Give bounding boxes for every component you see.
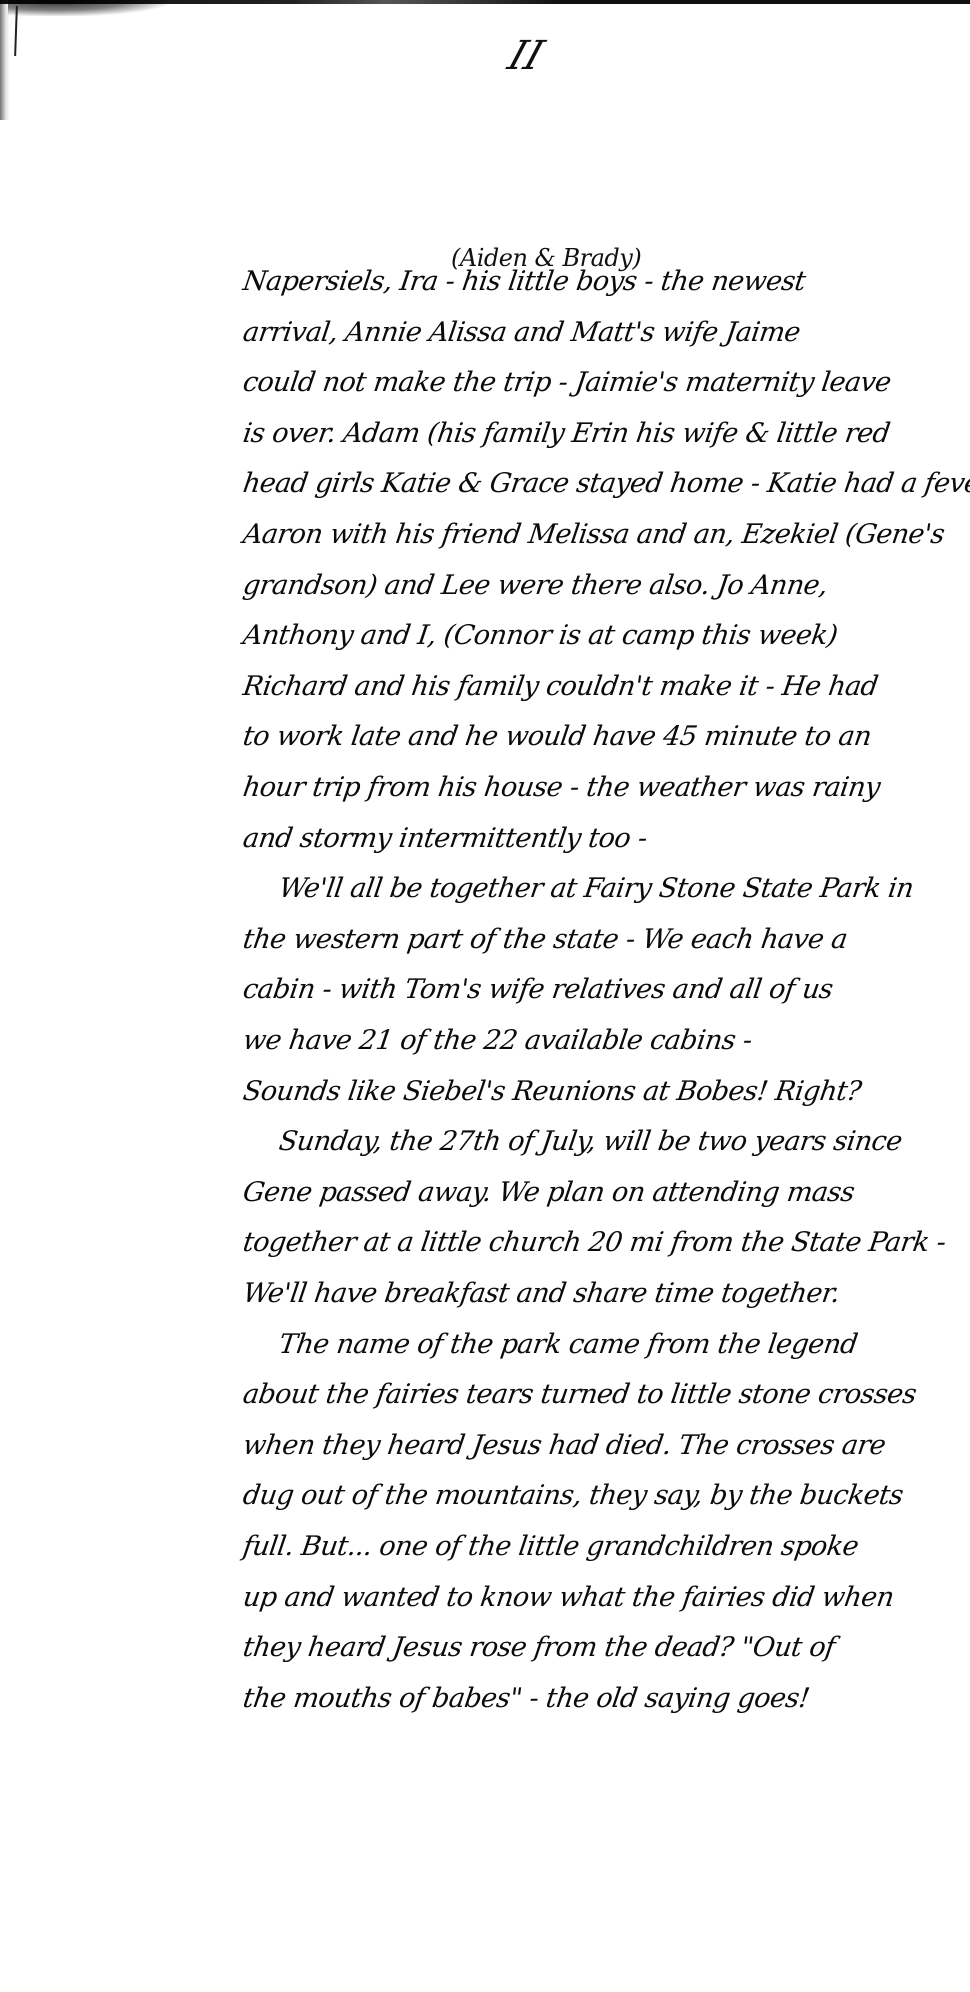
letter-line: and stormy intermittently too - — [241, 823, 649, 854]
scan-left-edge — [0, 0, 10, 120]
letter-line: the western part of the state - We each … — [241, 924, 849, 955]
letter-line: they heard Jesus rose from the dead? "Ou… — [241, 1632, 837, 1663]
letter-line: we have 21 of the 22 available cabins - — [241, 1025, 754, 1056]
letter-line: could not make the trip - Jaimie's mater… — [241, 367, 893, 398]
letter-line: Anthony and I, (Connor is at camp this w… — [241, 620, 839, 651]
page-number: II — [504, 36, 549, 76]
letter-line: cabin - with Tom's wife relatives and al… — [241, 974, 835, 1005]
letter-line: Napersiels, Ira - his little boys - the … — [241, 266, 807, 297]
letter-line: is over. Adam (his family Erin his wife … — [241, 418, 892, 449]
letter-line: Sounds like Siebel's Reunions at Bobes! … — [241, 1076, 863, 1107]
letter-line: Sunday, the 27th of July, will be two ye… — [277, 1126, 904, 1157]
letter-line: We'll have breakfast and share time toge… — [241, 1278, 841, 1309]
letter-line: hour trip from his house - the weather w… — [241, 772, 882, 803]
scan-left-line — [14, 6, 18, 56]
letter-line: We'll all be together at Fairy Stone Sta… — [277, 873, 915, 904]
letter-line: about the fairies tears turned to little… — [241, 1379, 918, 1410]
letter-line: Richard and his family couldn't make it … — [241, 671, 880, 702]
letter-line: Gene passed away. We plan on attending m… — [241, 1177, 856, 1208]
letter-line: head girls Katie & Grace stayed home - K… — [241, 468, 970, 499]
letter-line: the mouths of babes" - the old saying go… — [241, 1683, 811, 1714]
letter-line: up and wanted to know what the fairies d… — [241, 1582, 896, 1613]
letter-line: dug out of the mountains, they say, by t… — [241, 1480, 905, 1511]
letter-line: together at a little church 20 mi from t… — [241, 1227, 947, 1258]
letter-line: grandson) and Lee were there also. Jo An… — [241, 570, 829, 601]
letter-line: arrival, Annie Alissa and Matt's wife Ja… — [241, 317, 802, 348]
letter-line: Aaron with his friend Melissa and an, Ez… — [241, 519, 946, 550]
letter-line: when they heard Jesus had died. The cros… — [241, 1430, 887, 1461]
letter-line: to work late and he would have 45 minute… — [241, 721, 873, 752]
scan-smudge — [8, 0, 168, 16]
letter-line: The name of the park came from the legen… — [277, 1329, 859, 1360]
letter-line: full. But... one of the little grandchil… — [241, 1531, 860, 1562]
